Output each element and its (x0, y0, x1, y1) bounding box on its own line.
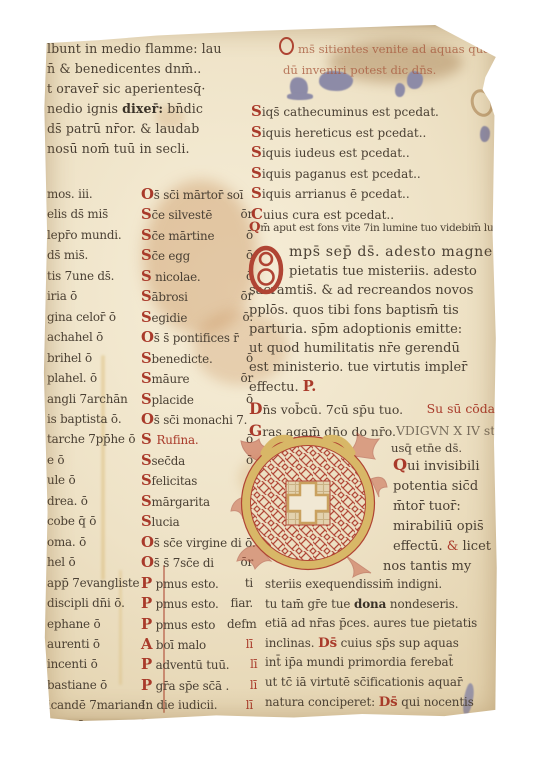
text-segment: iquis paganus est pcedat.. (262, 167, 421, 181)
text-segment: licet (458, 539, 491, 554)
manuscript-leaf: lbunt in medio flamme: laun̄ & benedicen… (43, 25, 499, 721)
text-line: Qm̄ aput est fons vite 7in lumine tuo vi… (249, 220, 509, 235)
litany-cell: Segidie (141, 308, 225, 328)
initial-letter: S (141, 430, 157, 448)
text-segment: dixer̄: (122, 101, 163, 116)
text-line: ut tc̄ iā virtutē sc̄ificationis aquar̄ (265, 673, 477, 693)
initial-letter: P (141, 716, 152, 734)
litany-cell: icandē 7mariane (47, 696, 139, 715)
text-segment: incenti ō (47, 657, 98, 671)
litany-cell: is baptista ō. (47, 410, 139, 430)
litany-cell: hel ō (47, 553, 139, 573)
text-line: asie. ōPeccatorestr̄ (47, 716, 255, 736)
text-segment: c̄e egg (152, 249, 191, 263)
text-line: Siqs̄ cathecuminus est pcedat. (251, 102, 439, 123)
litany-cell: Sc̄e mārtine (141, 226, 225, 246)
initial-letter: S (141, 369, 152, 387)
text-segment: discipli dn̄i ō. (47, 596, 125, 610)
text-line: etiā ad nr̄as p̄ces. aures tue pietatis (265, 614, 477, 634)
text-segment: nedio ignis (47, 101, 122, 116)
litany-cell: Os̄ s̄ 7sc̄e di (141, 553, 225, 573)
litany-cell: brihel ō (47, 349, 139, 369)
text-segment: t oraver̄ sic aperientesq̄· (47, 81, 206, 96)
text-segment: ui invisibili (407, 459, 479, 474)
text-segment: s̄ s̄ pontifices r̄ (154, 331, 239, 345)
litany-cell: achahel ō (47, 328, 139, 348)
text-line: drea. ōSmārgaritaō (47, 492, 255, 512)
litany-cell: ule ō (47, 471, 139, 491)
text-line: Siquis hereticus est pcedat.. (251, 123, 439, 144)
text-segment: dona (354, 597, 386, 611)
versicle-left: Dn̄s vob̄cū. 7cū sp̄u tuo. (249, 399, 403, 421)
text-line: int̄ ip̄a mundi primordia ferebat̄ (265, 653, 477, 673)
text-line: ephane ōP pmus estodefm (47, 615, 255, 635)
rubric-segment: ms̄ sitientes venite ad aquas qua (298, 42, 490, 56)
text-line: ds̄ patrū nr̄or. & laudab (47, 119, 255, 139)
initial-letter: S (141, 287, 152, 305)
litany-cell: P adventū tuū. (141, 655, 229, 675)
text-line: mirabiliū opis̄ (393, 517, 513, 537)
text-line: discipli dn̄i ō.P pmus esto.fiar. (47, 594, 255, 614)
text-segment: sec̄da (152, 454, 186, 468)
initial-letter: S (251, 164, 262, 182)
text-segment: s̄ s̄ 7sc̄e di (154, 556, 214, 570)
text-segment: qui nocentis (398, 695, 474, 709)
litany-cell: discipli dn̄i ō. (47, 594, 139, 614)
litany-cell: tis 7une ds̄. (47, 267, 139, 287)
initial-letter: S (141, 308, 152, 326)
text-segment: egidie (152, 311, 188, 325)
initial-letter: Q (393, 455, 407, 474)
litany-cell: cobe q̄ ō (47, 512, 139, 532)
rubric-segment: tr̄ (243, 718, 253, 732)
prayer-lines: mps̄ sep̄ ds̄. adesto magnepietatis tue … (249, 243, 493, 398)
text-line: bastiane ōP gr̄a sp̄e sc̄ā .lī (47, 676, 255, 696)
text-segment: plahel. ō (47, 371, 97, 385)
text-line: hel ōOs̄ s̄ 7sc̄e diōr (47, 553, 255, 573)
text-line: cobe q̄ ōSluciaō (47, 512, 255, 532)
text-segment: app̄ 7evangliste (47, 576, 139, 590)
initial-letter: S (251, 184, 262, 202)
initial-letter: S (141, 349, 152, 367)
text-segment: natura conciperet: (265, 695, 379, 709)
text-line: achahel ōOs̄ s̄ pontifices r̄ (47, 328, 255, 348)
text-line: iria ōSābrosiōr (47, 287, 255, 307)
initial-letter: O (141, 533, 154, 551)
bottom-lines: steriis exequendissim̄ indigni.tu tam̄ g… (265, 575, 477, 712)
text-segment: benedicte. (152, 352, 213, 366)
text-line: nos tantis my (383, 557, 513, 577)
text-segment: boī malo (152, 638, 206, 652)
text-line: oma. ōOs̄ sc̄e virgine di ō. (47, 533, 255, 553)
litany-cell: Smārgarita (141, 492, 225, 512)
text-line: tu tam̄ gr̄e tue dona nondeseris. (265, 595, 477, 615)
litany-cell: Splacide (141, 390, 225, 410)
text-segment: effectu. (249, 380, 303, 395)
text-line: gina celor̄ ōSegidieō. (47, 308, 255, 328)
text-segment: ut quod humilitatis nr̄e gerendū (249, 341, 460, 356)
text-segment: n̄s vob̄cū. 7cū sp̄u tuo. (262, 402, 403, 417)
litany-cell: Sc̄e silvestē (141, 205, 225, 225)
text-segment: n̄ & benedicentes dnm̄.. (47, 61, 201, 76)
initial-letter: S (141, 512, 152, 530)
text-line: Qui invisibili (393, 455, 513, 477)
litany-cell: P pmus esto (141, 615, 225, 635)
litany-cell: In die iudicii. (141, 696, 225, 715)
text-line: natura conciperet: Ds̄ qui nocentis (265, 693, 477, 713)
text-line: tis 7une ds̄.S nicolae.ō (47, 267, 255, 287)
litany-cell: app̄ 7evangliste (47, 574, 139, 594)
initial-letter: O (141, 328, 154, 346)
litany-cell: elis ds̄ mis̄ (47, 205, 139, 225)
text-segment: cuius sp̄s sup aquas (337, 636, 459, 650)
text-line: pietatis tue misteriis. adesto (249, 262, 493, 281)
text-segment: bn̄dic (163, 101, 203, 116)
text-segment: nondeseris. (386, 597, 458, 611)
photo-background: lbunt in medio flamme: laun̄ & benedicen… (0, 0, 534, 770)
text-segment: ephane ō (47, 617, 100, 631)
litany-cell: Sc̄e egg (141, 246, 225, 266)
litany-cell: P gr̄a sp̄e sc̄ā . (141, 676, 229, 696)
text-segment: c̄e mārtine (152, 229, 215, 243)
text-line: lepr̄o mundi.Sc̄e mārtineō (47, 226, 255, 246)
text-segment: est ministerio. tue virtutis impler̄ (249, 360, 467, 375)
initial-letter: S (251, 123, 262, 141)
text-segment: elis ds̄ mis̄ (47, 207, 108, 221)
text-segment: mirabiliū opis̄ (393, 519, 484, 534)
text-line: Dn̄s vob̄cū. 7cū sp̄u tuo.Su sū cōda. (249, 399, 499, 421)
litany-cell: lepr̄o mundi. (47, 226, 139, 246)
text-line: pplōs. quos tibi fons baptism̄ tis (249, 301, 493, 320)
text-segment: e ō (47, 453, 64, 467)
text-segment: parturia. sp̄m adoptionis emitte: (249, 322, 462, 337)
text-segment: ule ō (47, 473, 75, 487)
text-segment: icandē 7mariane (47, 698, 145, 712)
left-text-column: lbunt in medio flamme: laun̄ & benedicen… (47, 39, 255, 736)
rubric-segment: & (447, 539, 459, 554)
text-segment: m̄tor̄ tuor̄: (393, 499, 461, 514)
rubric-segment: Ds̄ (379, 694, 398, 710)
text-segment: adventū tuū. (152, 658, 229, 672)
initial-letter: A (141, 635, 152, 653)
litany-cell: P pmus esto. (141, 574, 225, 594)
text-line: icandē 7marianeIn die iudicii.lī (47, 696, 255, 715)
litany-cell: tr̄ (227, 716, 255, 736)
text-line: aurenti ōA boī malolī (47, 635, 255, 655)
text-line: plahel. ōSmāureōr (47, 369, 255, 389)
text-segment: hel ō (47, 555, 75, 569)
text-segment: lucia (152, 515, 180, 529)
text-segment: angli 7archān (47, 392, 128, 406)
text-line: t oraver̄ sic aperientesq̄· (47, 79, 255, 99)
text-line: tarche 7pp̄he ōS Rufina.ō (47, 430, 255, 450)
text-line: inclinas. Ds̄ cuius sp̄s sup aquas (265, 634, 477, 654)
text-line: ut quod humilitatis nr̄e gerendū (249, 339, 493, 358)
knotwork-initial-block: Qui invisibilipotentia sic̄dm̄tor̄ tuor̄… (229, 425, 513, 581)
text-segment: steriis exequendissim̄ indigni. (265, 577, 442, 591)
litany-cell: aurenti ō (47, 635, 139, 655)
litany-cell: asie. ō (47, 716, 139, 736)
text-line: mps̄ sep̄ ds̄. adesto magne (249, 243, 493, 262)
text-segment: potentia sic̄d (393, 479, 478, 494)
text-line: Siquis paganus est pcedat.. (251, 164, 439, 185)
text-segment: drea. ō (47, 494, 88, 508)
litany-cell: bastiane ō (47, 676, 139, 696)
text-line: elis ds̄ mis̄Sc̄e silvestēōr (47, 205, 255, 225)
text-line: potentia sic̄d (393, 477, 513, 497)
initial-letter: S (141, 226, 152, 244)
text-segment: nos tantis my (383, 559, 471, 574)
litany-cell: Sfelicitas (141, 471, 225, 491)
knotwork-initial-art (229, 425, 389, 581)
initial-letter: P (141, 676, 152, 694)
text-line: m̄tor̄ tuor̄: (393, 497, 513, 517)
text-segment: achahel ō (47, 330, 103, 344)
litany-cell: Slucia (141, 512, 225, 532)
text-line: brihel ōSbenedicte.ō (47, 349, 255, 369)
text-line: ule ōSfelicitasō (47, 471, 255, 491)
text-beside-initial: Qui invisibilipotentia sic̄dm̄tor̄ tuor̄… (389, 425, 513, 581)
litany-cell: Os̄ sc̄i mārtor̄ soī (141, 185, 243, 205)
text-segment: s̄ sc̄i mārtor̄ soī (154, 188, 244, 202)
text-segment: eccatores (152, 719, 208, 733)
text-line: Siquis iudeus est pcedat.. (251, 143, 439, 164)
text-line: steriis exequendissim̄ indigni. (265, 575, 477, 595)
text-segment: aurenti ō (47, 637, 100, 651)
text-segment: gr̄a sp̄e sc̄ā . (152, 679, 229, 693)
initial-letter: D (249, 399, 262, 418)
text-segment: iqs̄ cathecuminus est pcedat. (262, 105, 439, 119)
text-segment: nicolae. (152, 270, 201, 284)
rubric-segment: Ds̄ (318, 635, 337, 651)
text-segment: mārgarita (152, 495, 210, 509)
text-line: app̄ 7evanglisteP pmus esto.ti (47, 574, 255, 594)
text-line: ds̄ mis̄.Sc̄e eggō (47, 246, 255, 266)
litany-cell: drea. ō (47, 492, 139, 512)
text-segment: iquis hereticus est pcedat.. (262, 126, 427, 140)
rubric-segment: Rufina. (157, 433, 199, 447)
initial-letter: S (141, 471, 152, 489)
initial-letter: S (141, 390, 152, 408)
initial-letter: S (141, 492, 152, 510)
litany-cell: incenti ō (47, 655, 139, 675)
text-segment: iquis iudeus est pcedat.. (262, 146, 410, 160)
litany-cell: ephane ō (47, 615, 139, 635)
text-segment: c̄e silvestē (152, 208, 213, 222)
text-segment: mos. iii. (47, 187, 92, 201)
litany-cell: iria ō (47, 287, 139, 307)
text-segment: asie. ō (47, 718, 84, 732)
text-line: sacramtis̄. & ad recreandos novos (249, 281, 493, 300)
left-prose-block: lbunt in medio flamme: laun̄ & benedicen… (47, 39, 255, 159)
text-segment: gina celor̄ ō (47, 310, 116, 324)
psalm-line: Qm̄ aput est fons vite 7in lumine tuo vi… (249, 220, 509, 235)
litany-cell: gina celor̄ ō (47, 308, 139, 328)
text-segment: m̄ aput est fons vite 7in lumine tuo vid… (260, 222, 509, 234)
litany-cell: Os̄ s̄ pontifices r̄ (141, 328, 239, 348)
text-segment: pmus esto. (152, 577, 219, 591)
initial-letter: S (251, 102, 262, 120)
litany-cell: S Rufina. (141, 430, 225, 450)
initial-letter: O (141, 185, 154, 203)
text-segment: pmus esto. (152, 597, 219, 611)
text-segment: mps̄ sep̄ ds̄. adesto magne (289, 244, 493, 260)
text-line: effectū. & licet (393, 537, 513, 557)
text-segment: pietatis tue misteriis. adesto (289, 264, 477, 279)
text-line: e ōSsec̄daō (47, 451, 255, 471)
litany-cell: Sbenedicte. (141, 349, 225, 369)
initial-letter (279, 37, 294, 55)
text-line: is baptista ō.Os̄ sc̄i monachi 7. (47, 410, 255, 430)
litany-cell: plahel. ō (47, 369, 139, 389)
text-segment: brihel ō (47, 351, 92, 365)
text-line: Siquis arrianus ē pcedat.. (251, 184, 439, 205)
initial-letter: P (141, 615, 152, 633)
text-segment: ut tc̄ iā virtutē sc̄ificationis aquar̄ (265, 675, 462, 689)
initial-letter: S (251, 143, 262, 161)
text-line: est ministerio. tue virtutis impler̄ (249, 358, 493, 377)
litany-cell: Sābrosi (141, 287, 225, 307)
right-text-column: ms̄ sitientes venite ad aquas quadū inve… (249, 25, 501, 721)
text-segment: bastiane ō (47, 678, 107, 692)
litany-cell: mos. iii. (47, 185, 139, 205)
text-segment: māure (152, 372, 190, 386)
initial-letter: S (141, 451, 152, 469)
text-line: n̄ & benedicentes dnm̄.. (47, 59, 255, 79)
initial-letter: S (141, 205, 152, 223)
litany-cell: tarche 7pp̄he ō (47, 430, 139, 450)
initial-letter: Q (249, 220, 260, 235)
initial-letter: P (141, 655, 152, 673)
initial-letter: S (141, 267, 152, 285)
litany-cell: S nicolae. (141, 267, 225, 287)
text-segment: pmus esto (152, 618, 215, 632)
heading-lines: ms̄ sitientes venite ad aquas quadū inve… (279, 37, 490, 81)
initial-letter: P (141, 594, 152, 612)
text-line: nosū nom̄ tuū in secli. (47, 139, 255, 159)
text-segment: ābrosi (152, 290, 188, 304)
text-segment: nosū nom̄ tuū in secli. (47, 141, 190, 156)
text-line: nedio ignis dixer̄: bn̄dic (47, 99, 255, 119)
text-segment: effectū. (393, 539, 447, 554)
text-segment: is baptista ō. (47, 412, 121, 426)
text-segment: felicitas (152, 474, 198, 488)
initial-letter: O (141, 553, 154, 571)
text-segment: placide (152, 393, 194, 407)
litany-cell: oma. ō (47, 533, 139, 553)
text-segment: iquis arrianus ē pcedat.. (262, 187, 410, 201)
text-segment: ds̄ patrū nr̄or. & laudab (47, 121, 199, 136)
initial-letter: S (141, 246, 152, 264)
text-line: incenti ōP adventū tuū.lī (47, 655, 255, 675)
initial-letter: P (141, 574, 152, 592)
rubric-segment: P. (303, 378, 317, 395)
text-line: dū inveniri potest dic dn̄s. (283, 60, 490, 81)
litany-cell: Peccatores (141, 716, 225, 736)
text-line: lbunt in medio flamme: lau (47, 39, 255, 59)
rubric-lines: Siqs̄ cathecuminus est pcedat.Siquis her… (251, 102, 439, 226)
text-segment: iria ō (47, 289, 77, 303)
text-segment: inclinas. (265, 636, 318, 650)
rubric-segment: dū inveniri potest dic dn̄s. (283, 63, 436, 77)
text-segment: lbunt in medio flamme: lau (47, 41, 222, 56)
text-segment: oma. ō (47, 535, 86, 549)
response-right: Su sū cōda. (427, 399, 499, 421)
text-line: angli 7archānSplacideō (47, 390, 255, 410)
initial-letter: O (141, 410, 154, 428)
text-segment: n die iudicii. (146, 698, 218, 712)
text-line: parturia. sp̄m adoptionis emitte: (249, 320, 493, 339)
litany-cell: ds̄ mis̄. (47, 246, 139, 266)
litany-cell: P pmus esto. (141, 594, 225, 614)
text-line: ms̄ sitientes venite ad aquas qua (279, 37, 490, 60)
litany-cell: Ssec̄da (141, 451, 225, 471)
litany-cell: e ō (47, 451, 139, 471)
text-segment: tis 7une ds̄. (47, 269, 114, 283)
text-segment: cobe q̄ ō (47, 514, 96, 528)
text-line: mos. iii.Os̄ sc̄i mārtor̄ soī (47, 185, 255, 205)
litany-cell: Smāure (141, 369, 225, 389)
text-segment: int̄ ip̄a mundi primordia ferebat̄ (265, 655, 453, 669)
text-segment: tu tam̄ gr̄e tue (265, 597, 354, 611)
text-segment: tarche 7pp̄he ō (47, 432, 135, 446)
litany-cell: A boī malo (141, 635, 225, 655)
rubric-segment: Su sū cōda. (427, 401, 499, 416)
text-segment: ds̄ mis̄. (47, 248, 88, 262)
litany-block: mos. iii.Os̄ sc̄i mārtor̄ soīelis ds̄ mi… (47, 185, 255, 736)
text-segment: etiā ad nr̄as p̄ces. aures tue pietatis (265, 616, 477, 630)
text-segment: pplōs. quos tibi fons baptism̄ tis (249, 303, 459, 318)
litany-cell: angli 7archān (47, 390, 139, 410)
initial-o-ornate (247, 245, 285, 295)
text-segment: lepr̄o mundi. (47, 228, 121, 242)
text-line: effectu. P. (249, 377, 493, 397)
prayer-block: mps̄ sep̄ ds̄. adesto magnepietatis tue … (249, 243, 493, 398)
